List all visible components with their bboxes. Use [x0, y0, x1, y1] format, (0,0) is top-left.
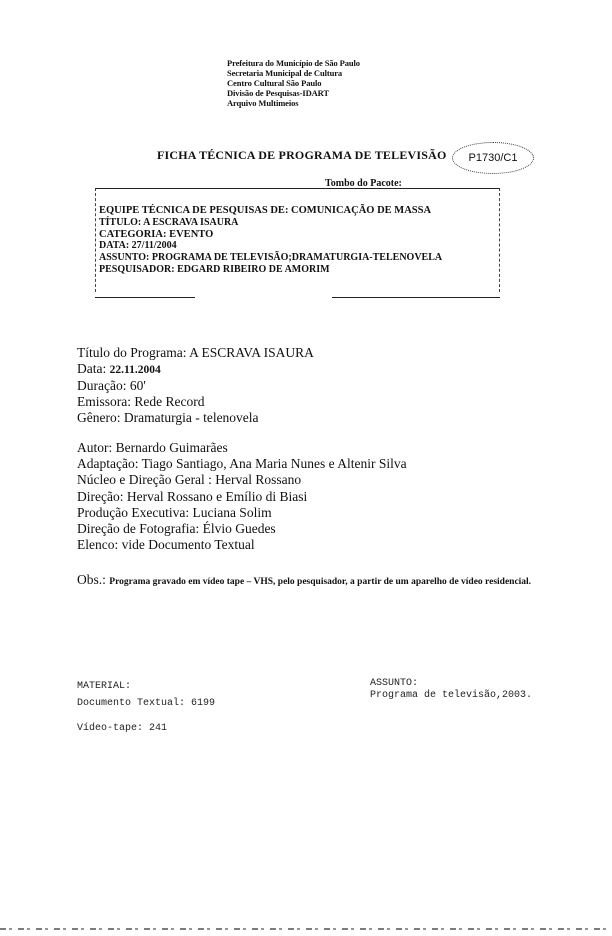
institution-line: Centro Cultural São Paulo	[227, 78, 360, 88]
program-title-line: Título do Programa: A ESCRAVA ISAURA	[77, 345, 314, 361]
video-tape: Vídeo-tape: 241	[77, 723, 167, 734]
credit-direction: Direção: Herval Rossano e Emílio di Bias…	[77, 489, 407, 505]
credit-adaptation: Adaptação: Tiago Santiago, Ana Maria Nun…	[77, 456, 407, 472]
box-line-assunto: ASSUNTO: PROGRAMA DE TELEVISÃO;DRAMATURG…	[99, 252, 442, 264]
institution-line: Arquivo Multimeios	[227, 98, 360, 108]
credit-executive-production: Produção Executiva: Luciana Solim	[77, 505, 407, 521]
archive-stamp: P1730/C1	[452, 142, 534, 174]
box-line-titulo: TÍTULO: A ESCRAVA ISAURA	[99, 217, 442, 229]
divider	[332, 297, 500, 298]
institution-line: Secretaria Municipal de Cultura	[227, 68, 360, 78]
program-info: Título do Programa: A ESCRAVA ISAURA Dat…	[77, 345, 314, 426]
credit-photography: Direção de Fotografia: Élvio Guedes	[77, 521, 407, 537]
credit-general-direction: Núcleo e Direção Geral : Herval Rossano	[77, 472, 407, 488]
credits-list: Autor: Bernardo Guimarães Adaptação: Tia…	[77, 440, 407, 553]
institution-header: Prefeitura do Município de São Paulo Sec…	[227, 58, 360, 108]
program-date: 22.11.2004	[110, 364, 161, 376]
material-label: MATERIAL:	[77, 681, 131, 692]
field-label: Data:	[77, 361, 110, 376]
program-date-line: Data: 22.11.2004	[77, 361, 314, 378]
obs-text: Programa gravado em vídeo tape – VHS, pe…	[109, 577, 531, 587]
divider	[95, 297, 195, 298]
box-line-data: DATA: 27/11/2004	[99, 240, 442, 252]
field-label: Título do Programa:	[77, 345, 189, 360]
institution-line: Prefeitura do Município de São Paulo	[227, 58, 360, 68]
assunto-label: ASSUNTO:	[370, 678, 418, 689]
stamp-code: P1730/C1	[469, 152, 518, 164]
observation: Obs.: Programa gravado em vídeo tape – V…	[77, 572, 577, 590]
box-line-equipe: EQUIPE TÉCNICA DE PESQUISAS DE: COMUNICA…	[99, 205, 442, 217]
credit-author: Autor: Bernardo Guimarães	[77, 440, 407, 456]
credit-cast: Elenco: vide Documento Textual	[77, 537, 407, 553]
scan-artifact	[0, 928, 612, 930]
program-broadcaster: Emissora: Rede Record	[77, 394, 314, 410]
obs-label: Obs.:	[77, 572, 109, 587]
research-info-box: EQUIPE TÉCNICA DE PESQUISAS DE: COMUNICA…	[95, 188, 500, 292]
institution-line: Divisão de Pesquisas-IDART	[227, 88, 360, 98]
program-duration: Duração: 60'	[77, 378, 314, 394]
program-title: A ESCRAVA ISAURA	[189, 345, 314, 360]
box-line-categoria: CATEGORIA: EVENTO	[99, 229, 442, 241]
assunto-value: Programa de televisão,2003.	[370, 690, 532, 701]
box-line-pesquisador: PESQUISADOR: EDGARD RIBEIRO DE AMORIM	[99, 264, 442, 276]
documento-textual: Documento Textual: 6199	[77, 698, 215, 709]
document-title: FICHA TÉCNICA DE PROGRAMA DE TELEVISÃO	[157, 148, 447, 163]
program-genre: Gênero: Dramaturgia - telenovela	[77, 410, 314, 426]
